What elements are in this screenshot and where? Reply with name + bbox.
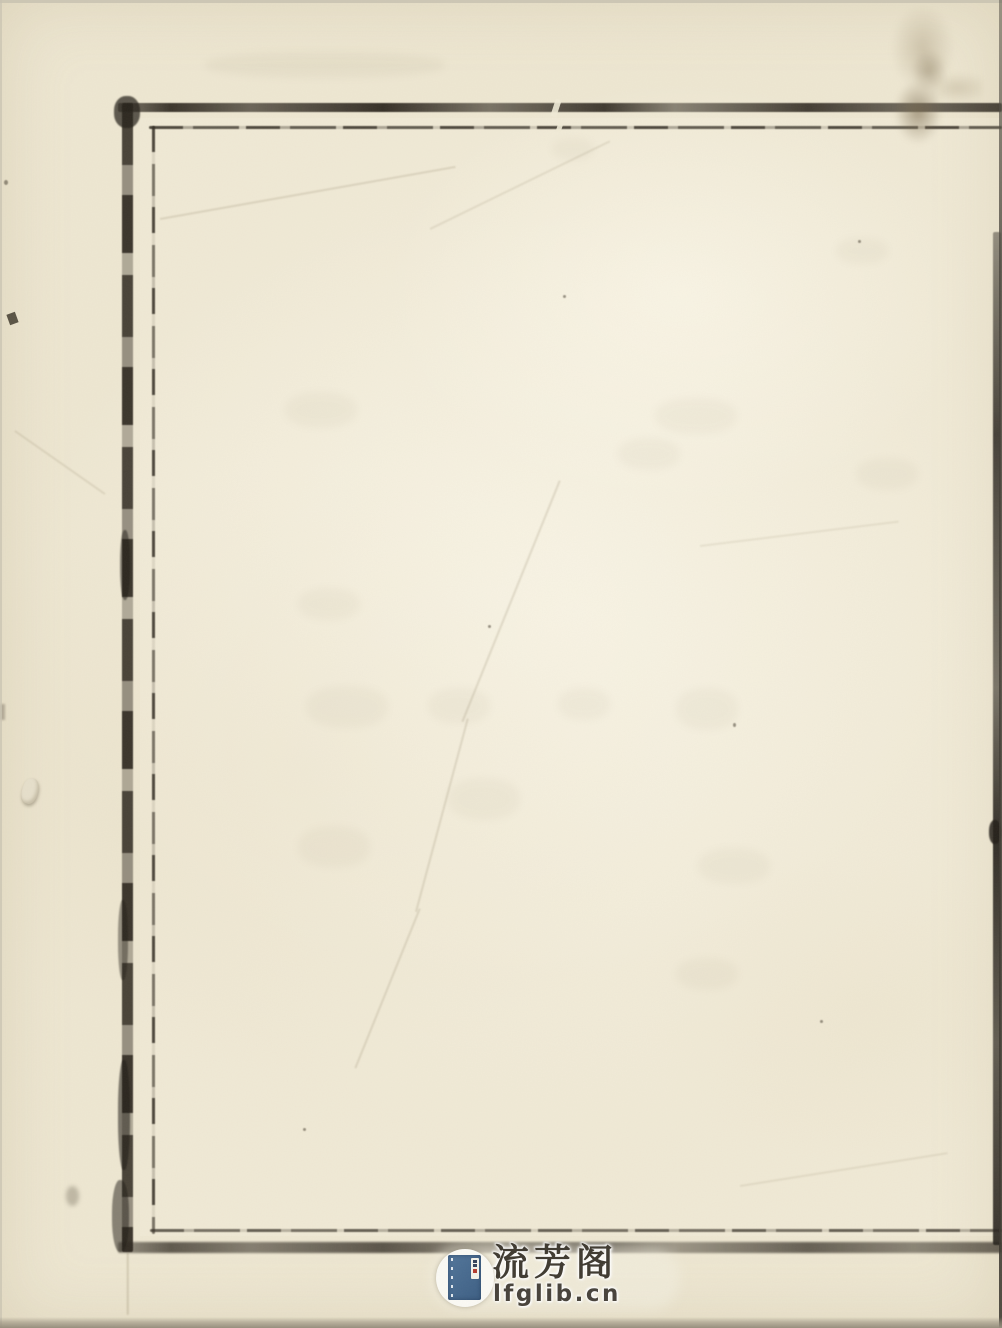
bleed-through-smudge [558,688,610,720]
bleed-through-smudge [836,238,888,264]
top-right-stain [872,0,982,160]
paper-speck [303,1128,306,1131]
watermark-site-url: lfglib.cn [493,1282,621,1306]
bleed-through-smudge [298,588,360,620]
photo-edge-top [0,0,1002,3]
bleed-through-smudge [306,686,388,728]
frame-ink-blob [120,530,130,600]
bleed-through-smudge [448,778,520,820]
paper-speck [858,240,861,243]
frame-left-inner-line [152,126,155,1234]
bleed-through-smudge [676,688,738,730]
bleed-through-smudge [285,392,357,428]
paper-speck [733,723,736,727]
photo-edge-bottom [0,1317,1002,1328]
frame-ink-blob [118,1060,130,1170]
frame-ink-blob [114,96,140,128]
bleed-through-smudge [698,848,770,884]
book-icon [436,1249,494,1307]
bleed-through-smudge [298,826,370,868]
inner-paper-area [140,118,1002,1236]
bleed-through-smudge [655,398,737,434]
watermark: 流芳阁 lfglib.cn [430,1242,690,1314]
book-title-label-marks [473,1260,477,1277]
scanned-book-page: 流芳阁 lfglib.cn [0,0,1002,1328]
paper-fold-scrap [19,776,41,805]
paper-crease [15,430,106,494]
frame-ink-blob [118,900,128,980]
paper-speck [820,1020,823,1023]
bleed-through-smudge [205,52,445,78]
bleed-through-smudge [676,958,738,990]
paper-crease [127,1253,129,1315]
paper-speck [563,295,566,298]
watermark-site-name: 流芳阁 [492,1243,618,1283]
book-binding-stitches [451,1258,453,1297]
photo-edge-left [0,0,2,1328]
frame-bottom-inner-line [150,1229,1002,1232]
ink-dot [6,312,18,325]
corner-smudge [66,1186,79,1206]
frame-ink-blob [112,1180,129,1252]
bleed-through-smudge [618,438,680,470]
paper-speck [488,625,491,628]
bleed-through-smudge [428,688,490,724]
paper-speck [4,180,8,185]
bleed-through-smudge [856,458,918,490]
